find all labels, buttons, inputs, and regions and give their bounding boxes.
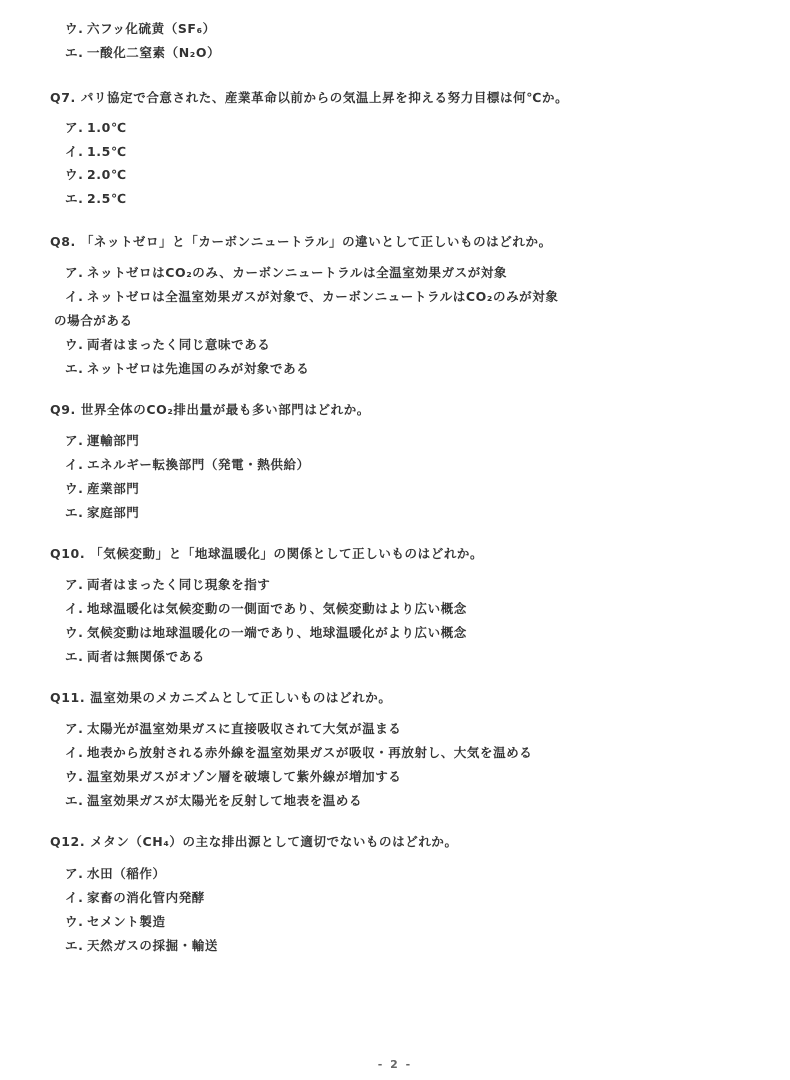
- option-mark: ア.: [65, 120, 87, 136]
- option-text: エネルギー転換部門（発電・熱供給）: [87, 457, 310, 472]
- option-mark: イ.: [65, 144, 87, 160]
- question-label: Q10.: [50, 546, 85, 561]
- option-text: 2.0℃: [87, 167, 127, 182]
- question-label: Q8.: [50, 234, 76, 249]
- option-text: 温室効果ガスがオゾン層を破壊して紫外線が増加する: [87, 769, 401, 784]
- q8-option-i-continuation: の場合がある: [54, 313, 133, 329]
- question-label: Q7.: [50, 90, 76, 105]
- option-mark: ウ.: [65, 481, 87, 497]
- option-text: 両者はまったく同じ現象を指す: [87, 577, 270, 592]
- question-q9: Q9. 世界全体のCO₂排出量が最も多い部門はどれか。: [50, 402, 370, 418]
- option-text: 太陽光が温室効果ガスに直接吸収されて大気が温まる: [87, 721, 401, 736]
- option-mark: ア.: [65, 866, 87, 882]
- option-text: ネットゼロは先進国のみが対象である: [87, 361, 309, 376]
- q7-option-e: エ.2.5℃: [65, 191, 127, 207]
- q11-option-a: ア.太陽光が温室効果ガスに直接吸収されて大気が温まる: [65, 721, 401, 737]
- option-mark: イ.: [65, 457, 87, 473]
- q11-option-e: エ.温室効果ガスが太陽光を反射して地表を温める: [65, 793, 362, 809]
- q10-option-i: イ.地球温暖化は気候変動の一側面であり、気候変動はより広い概念: [65, 601, 467, 617]
- option-text: 水田（稲作）: [87, 866, 166, 881]
- option-text: 地球温暖化は気候変動の一側面であり、気候変動はより広い概念: [87, 601, 467, 616]
- q12-option-e: エ.天然ガスの採掘・輸送: [65, 938, 218, 954]
- option-text: 温室効果ガスが太陽光を反射して地表を温める: [87, 793, 362, 808]
- option-mark: ウ.: [65, 21, 87, 37]
- option-mark: イ.: [65, 601, 87, 617]
- option-text: 1.5℃: [87, 144, 127, 159]
- question-q11: Q11. 温室効果のメカニズムとして正しいものはどれか。: [50, 690, 391, 706]
- option-mark: ウ.: [65, 769, 87, 785]
- q8-option-i: イ.ネットゼロは全温室効果ガスが対象で、カーボンニュートラルはCO₂のみが対象: [65, 289, 558, 305]
- option-text: 家畜の消化管内発酵: [87, 890, 205, 905]
- q8-option-u: ウ.両者はまったく同じ意味である: [65, 337, 270, 353]
- option-text: 家庭部門: [87, 505, 139, 520]
- question-q8: Q8. 「ネットゼロ」と「カーボンニュートラル」の違いとして正しいものはどれか。: [50, 234, 552, 250]
- option-mark: ア.: [65, 433, 87, 449]
- option-text: 2.5℃: [87, 191, 127, 206]
- option-text: 気候変動は地球温暖化の一端であり、地球温暖化がより広い概念: [87, 625, 467, 640]
- option-mark: イ.: [65, 745, 87, 761]
- option-mark: ウ.: [65, 337, 87, 353]
- option-text: の場合がある: [54, 313, 133, 328]
- q9-option-e: エ.家庭部門: [65, 505, 139, 521]
- option-text: ネットゼロは全温室効果ガスが対象で、カーボンニュートラルはCO₂のみが対象: [87, 289, 558, 304]
- option-text: 地表から放射される赤外線を温室効果ガスが吸収・再放射し、大気を温める: [87, 745, 532, 760]
- option-mark: エ.: [65, 938, 87, 954]
- option-mark: イ.: [65, 289, 87, 305]
- option-mark: エ.: [65, 191, 87, 207]
- option-text: 六フッ化硫黄（SF₆）: [87, 21, 216, 36]
- question-text: 「気候変動」と「地球温暖化」の関係として正しいものはどれか。: [90, 546, 483, 561]
- q8-option-e: エ.ネットゼロは先進国のみが対象である: [65, 361, 309, 377]
- option-text: 両者はまったく同じ意味である: [87, 337, 270, 352]
- option-text: 天然ガスの採掘・輸送: [87, 938, 218, 953]
- question-q12: Q12. メタン（CH₄）の主な排出源として適切でないものはどれか。: [50, 834, 458, 850]
- option-mark: エ.: [65, 505, 87, 521]
- option-mark: エ.: [65, 361, 87, 377]
- question-q7: Q7. パリ協定で合意された、産業革命以前からの気温上昇を抑える努力目標は何℃か…: [50, 90, 568, 106]
- q10-option-a: ア.両者はまったく同じ現象を指す: [65, 577, 270, 593]
- q7-option-u: ウ.2.0℃: [65, 167, 127, 183]
- option-mark: ウ.: [65, 625, 87, 641]
- q8-option-a: ア.ネットゼロはCO₂のみ、カーボンニュートラルは全温室効果ガスが対象: [65, 265, 507, 281]
- option-mark: イ.: [65, 890, 87, 906]
- option-mark: ア.: [65, 577, 87, 593]
- question-label: Q9.: [50, 402, 76, 417]
- option-text: 両者は無関係である: [87, 649, 205, 664]
- q12-option-i: イ.家畜の消化管内発酵: [65, 890, 205, 906]
- option-mark: ウ.: [65, 914, 87, 930]
- option-text: ネットゼロはCO₂のみ、カーボンニュートラルは全温室効果ガスが対象: [87, 265, 507, 280]
- q7-option-a: ア.1.0℃: [65, 120, 127, 136]
- question-label: Q11.: [50, 690, 85, 705]
- q9-option-u: ウ.産業部門: [65, 481, 139, 497]
- q9-option-a: ア.運輸部門: [65, 433, 139, 449]
- option-mark: ア.: [65, 265, 87, 281]
- q10-option-e: エ.両者は無関係である: [65, 649, 205, 665]
- question-text: 「ネットゼロ」と「カーボンニュートラル」の違いとして正しいものはどれか。: [81, 234, 552, 249]
- option-text: 産業部門: [87, 481, 139, 496]
- option-text: 運輸部門: [87, 433, 139, 448]
- q11-option-u: ウ.温室効果ガスがオゾン層を破壊して紫外線が増加する: [65, 769, 401, 785]
- q11-option-i: イ.地表から放射される赤外線を温室効果ガスが吸収・再放射し、大気を温める: [65, 745, 532, 761]
- question-text: 温室効果のメカニズムとして正しいものはどれか。: [90, 690, 391, 705]
- q10-option-u: ウ.気候変動は地球温暖化の一端であり、地球温暖化がより広い概念: [65, 625, 467, 641]
- option-mark: ウ.: [65, 167, 87, 183]
- document-page: ウ.六フッ化硫黄（SF₆） エ.一酸化二窒素（N₂O） Q7. パリ協定で合意さ…: [0, 0, 790, 1080]
- q12-option-u: ウ.セメント製造: [65, 914, 166, 930]
- q12-option-a: ア.水田（稲作）: [65, 866, 166, 882]
- option-carryover-u: ウ.六フッ化硫黄（SF₆）: [65, 21, 216, 37]
- q9-option-i: イ.エネルギー転換部門（発電・熱供給）: [65, 457, 310, 473]
- question-text: メタン（CH₄）の主な排出源として適切でないものはどれか。: [90, 834, 458, 849]
- page-number: - 2 -: [0, 1058, 790, 1071]
- option-text: 一酸化二窒素（N₂O）: [87, 45, 220, 60]
- option-mark: エ.: [65, 793, 87, 809]
- option-mark: ア.: [65, 721, 87, 737]
- option-text: セメント製造: [87, 914, 166, 929]
- option-mark: エ.: [65, 45, 87, 61]
- question-text: 世界全体のCO₂排出量が最も多い部門はどれか。: [81, 402, 370, 417]
- option-carryover-e: エ.一酸化二窒素（N₂O）: [65, 45, 220, 61]
- option-mark: エ.: [65, 649, 87, 665]
- q7-option-i: イ.1.5℃: [65, 144, 127, 160]
- option-text: 1.0℃: [87, 120, 127, 135]
- question-text: パリ協定で合意された、産業革命以前からの気温上昇を抑える努力目標は何℃か。: [81, 90, 568, 105]
- question-q10: Q10. 「気候変動」と「地球温暖化」の関係として正しいものはどれか。: [50, 546, 483, 562]
- question-label: Q12.: [50, 834, 85, 849]
